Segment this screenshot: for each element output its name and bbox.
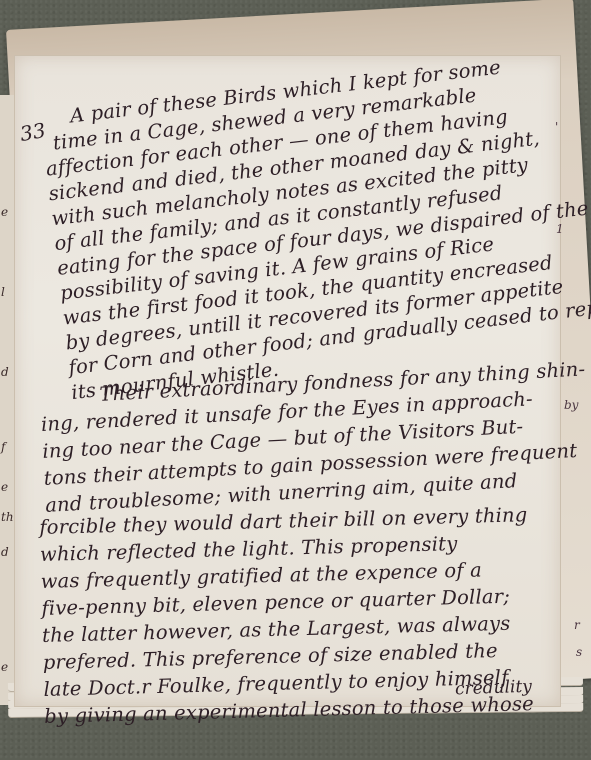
margin-mark: ' [555, 120, 558, 134]
catchword: credulity [455, 677, 533, 700]
margin-mark: 1 [556, 222, 564, 236]
folio-number: 33 [18, 118, 47, 146]
facing-page-fragment: d [1, 545, 9, 559]
margin-mark: s [576, 645, 582, 659]
manuscript-text-block: A pair of these Birds which I kept for s… [39, 49, 556, 108]
facing-page-fragment: f [1, 440, 5, 454]
facing-page-fragment: e [1, 480, 8, 494]
facing-page-fragment: l [1, 285, 5, 299]
margin-mark: r [574, 618, 580, 632]
facing-page-fragment: e [1, 205, 8, 219]
margin-mark: by [564, 398, 578, 412]
facing-page-fragment: d [1, 365, 9, 379]
manuscript-page: A pair of these Birds which I kept for s… [14, 55, 561, 707]
